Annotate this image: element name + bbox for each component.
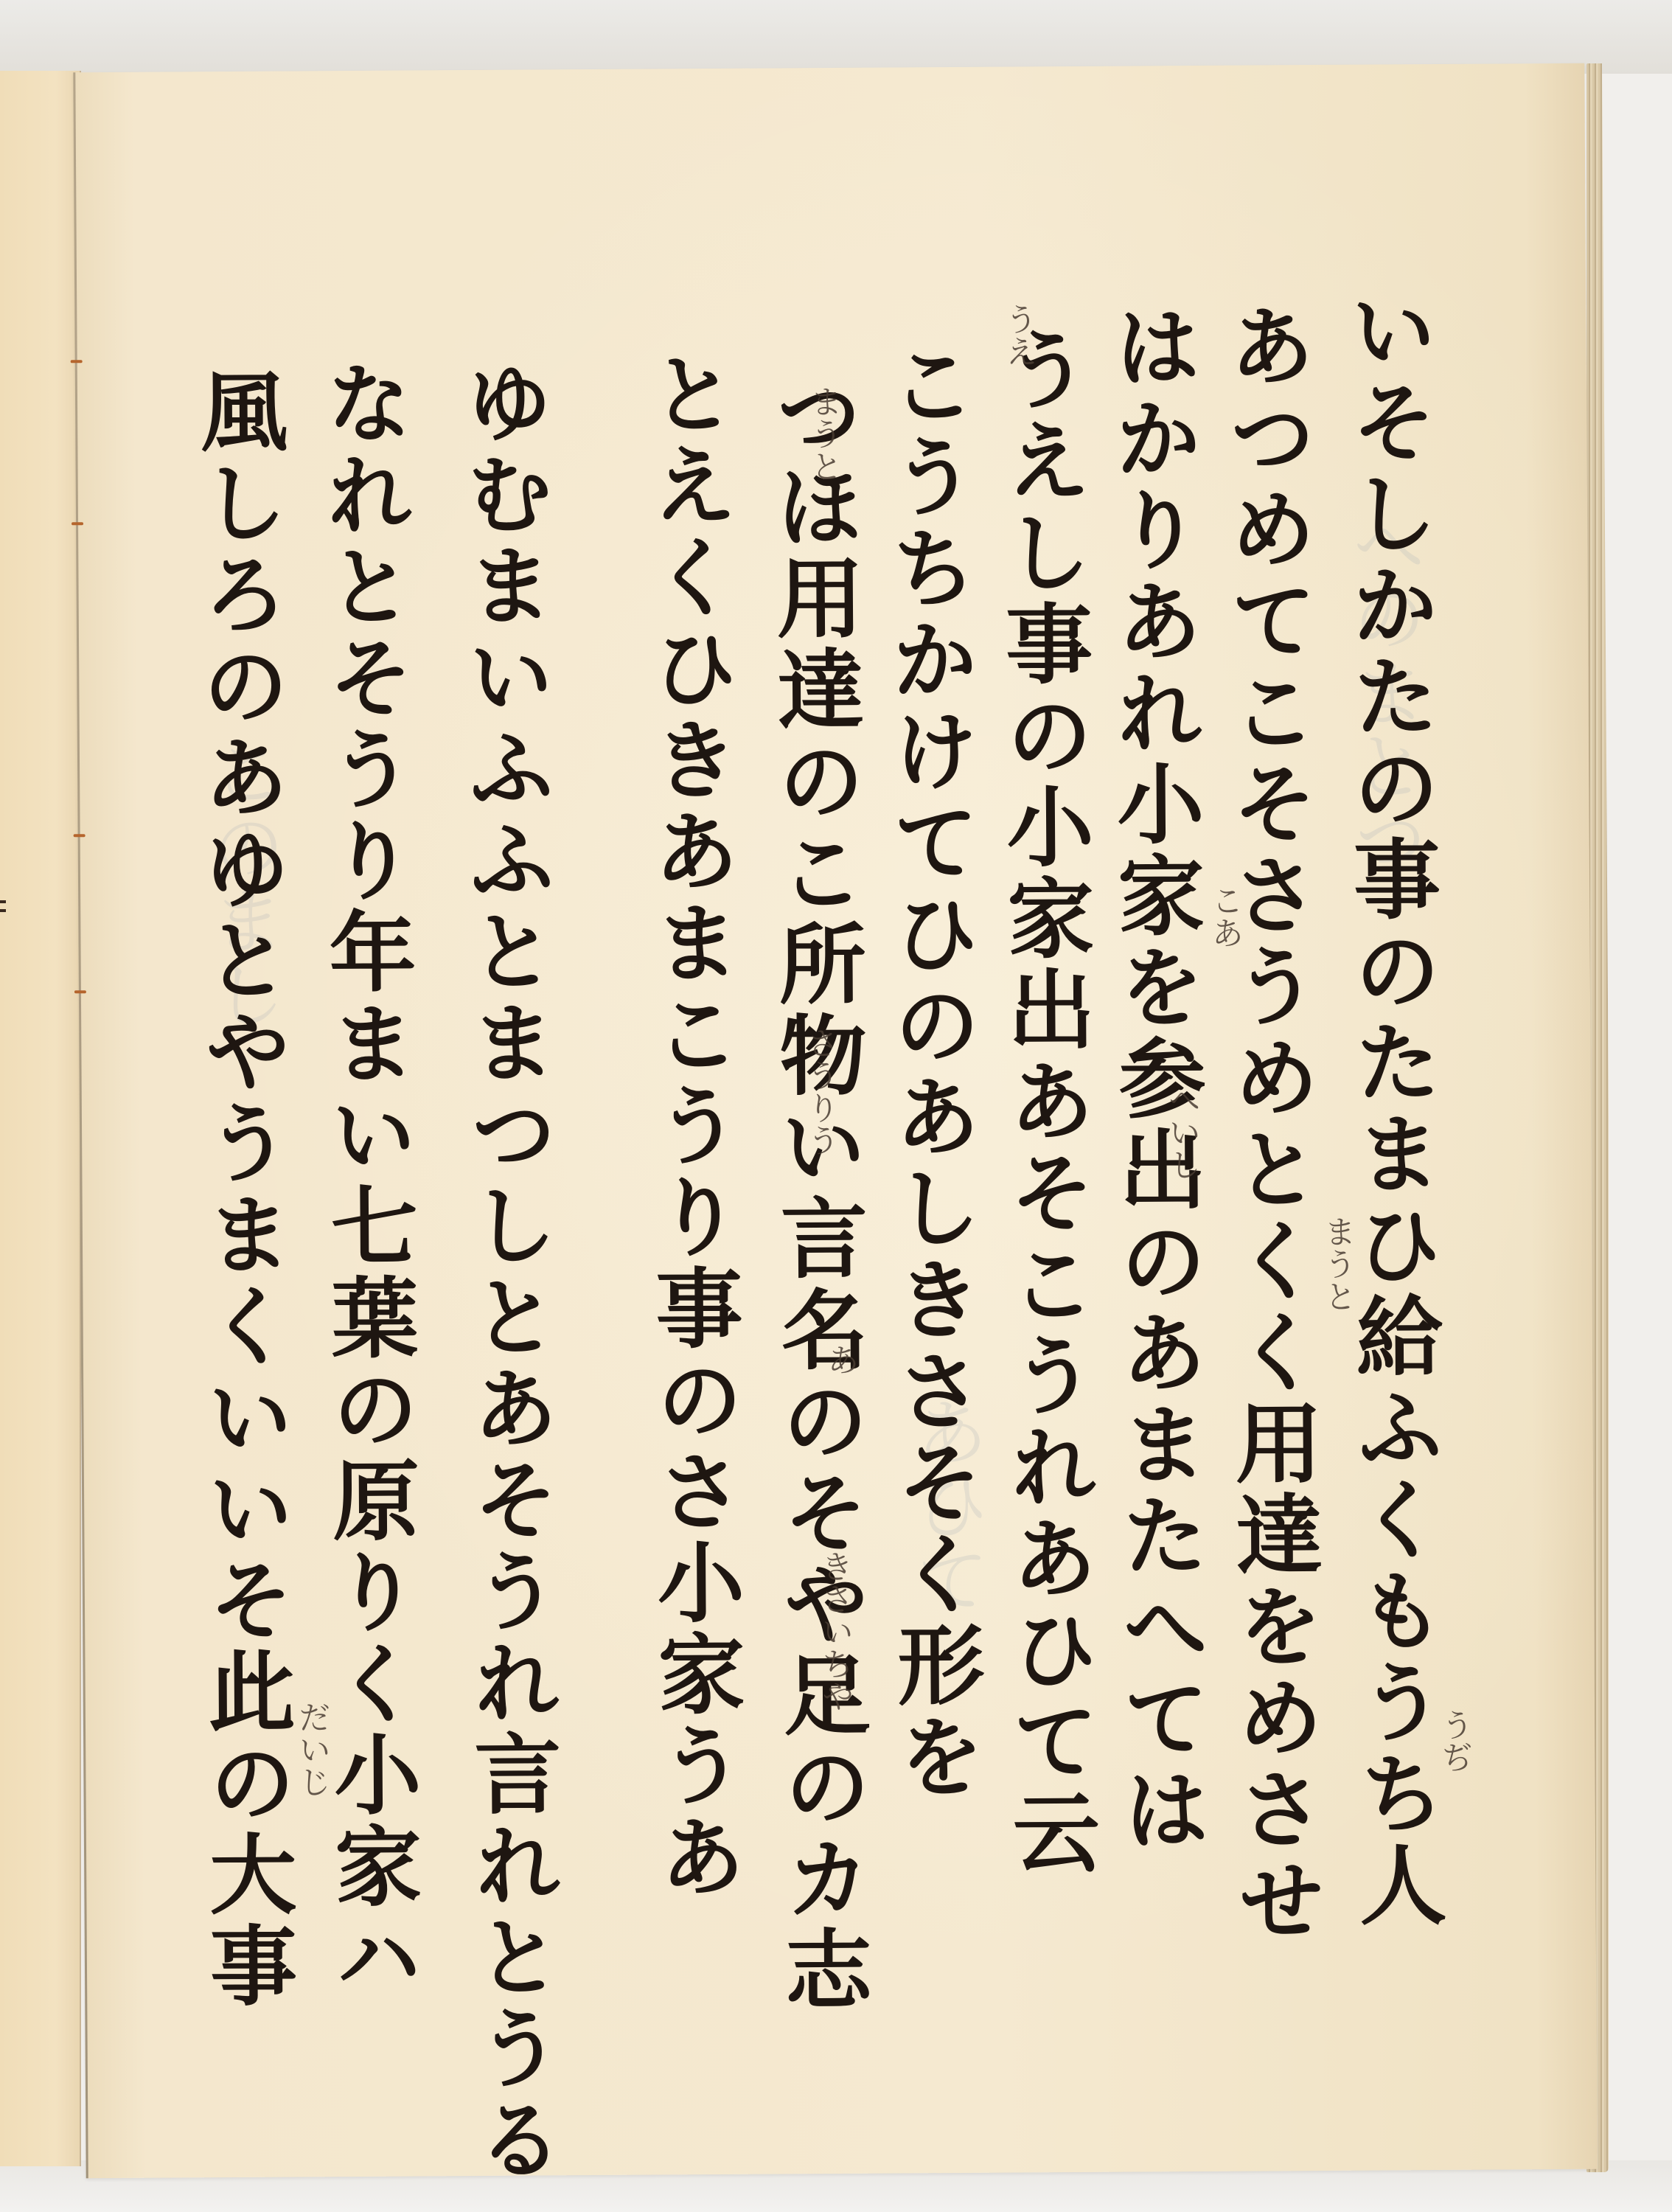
furigana-gloss: だいじ <box>295 1700 328 1798</box>
binding-stitch <box>72 522 83 525</box>
furigana-gloss: さうりう <box>803 1026 836 1156</box>
text-column-8: ゆむまいふふとまつしとあそうれ言れとうる <box>459 357 557 2186</box>
furigana-gloss: うえ <box>1001 302 1034 367</box>
binding-stitch <box>74 834 86 837</box>
furigana-gloss: へいし <box>1165 1083 1198 1180</box>
text-column-3: はかりあれ小家を参出のあまたへては <box>1107 302 1203 1857</box>
text-column-10: 風しろのあゆとやうまくいいそ此の大事 <box>193 366 290 2013</box>
photo-backdrop-top <box>0 0 1672 74</box>
left-page-ink-mark <box>0 909 6 912</box>
text-column-4: うえし事の小家出あそこうれあひて云 <box>996 324 1093 1879</box>
text-column-1: いそしかたの事のたまひ給ふくもうち人 <box>1342 285 1440 1932</box>
text-column-9: なれとそうり年まい七葉の原りく小家ハ <box>318 358 416 2005</box>
furigana-gloss: まうと <box>1320 1215 1354 1312</box>
furigana-gloss: まうと <box>807 385 840 482</box>
text-column-7: とえくひきあまこうり事のさ小家うあ <box>643 349 739 1904</box>
binding-stitch <box>74 990 86 993</box>
text-column-2: あつめてこそさうめとくく用達をめさせ <box>1221 301 1318 1947</box>
manuscript-page: へのまとつ あひて このまし いそしかたの事のたまひ給ふくもうち人 あつめてこそ… <box>73 63 1597 2178</box>
binding-stitch <box>71 360 83 363</box>
furigana-gloss: あ <box>823 1343 856 1376</box>
left-facing-page-edge <box>0 71 81 2166</box>
text-column-6: つほ用達のこ所物い言名のそや足のカ志 <box>768 370 865 2017</box>
furigana-gloss: うぢ <box>1438 1708 1471 1773</box>
text-column-5: こうちかけてひのあしきさそく形を <box>882 340 978 1804</box>
furigana-gloss: きさいちや <box>818 1550 851 1712</box>
furigana-gloss: こあ <box>1208 884 1241 949</box>
left-page-ink-mark <box>0 900 6 903</box>
